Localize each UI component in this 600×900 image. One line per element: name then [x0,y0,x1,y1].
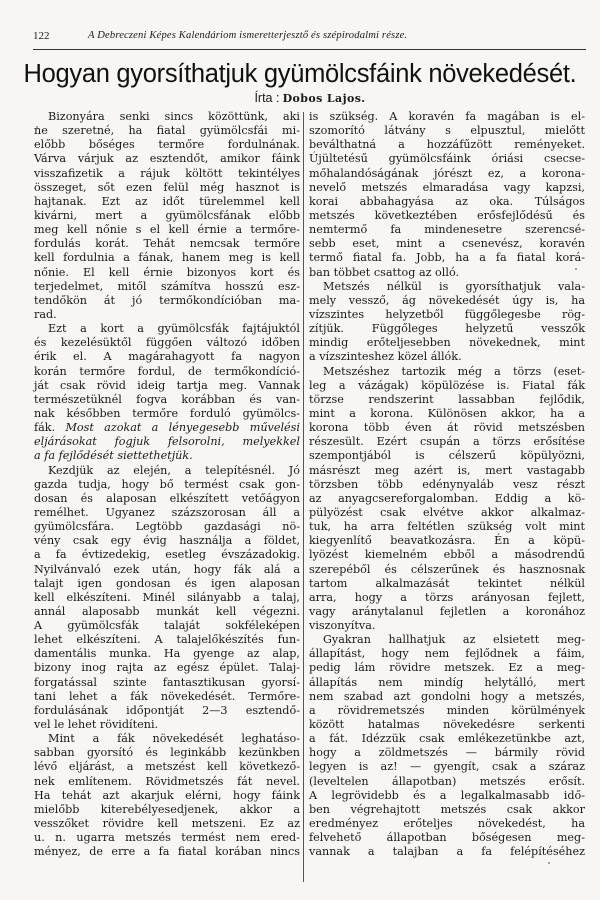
text-run: sabban gyorsító és leginkább kezünkben [34,746,300,759]
text-line: tani lehet a fák növekedését. Termőre- [34,690,300,704]
column-divider [303,112,304,882]
text-line: legyen is az! — gyengít, csak a száraz [309,760,585,774]
text-line: termő fiatal fa. Jobb, ha a fa fiatal ko… [309,251,585,265]
text-line: törzsben több edénynyaláb vesz részt [309,478,585,492]
text-line: korona több éven át rövid metszésben [309,421,585,435]
text-run: fordulás korát. Tehát nemcsak termőre [34,237,300,250]
text-line: nemtermő fa mindenesetre szerencsé- [309,223,585,237]
text-line: ményez, de erre a fa fiatal korában ninc… [34,845,300,859]
text-run: fák. [34,421,65,434]
text-line: is szükség. A koravén fa magában is el- [309,110,585,124]
italic-text-run: Most azokat a lényegesebb művelési [65,421,300,434]
text-run: is szükség. A koravén fa magában is el- [309,110,585,123]
text-run: ne szeretné, ha fiatal gyümölcsfái mi- [34,124,300,137]
text-line: talajt igen gondosan és igen alaposan [34,577,300,591]
text-line: felvehető állapotban bőségesen meg- [309,831,585,845]
text-run: gyümölcsfára. Legtöbb gazdasági nö- [34,520,300,533]
text-run: pülyözést csak elvétve akkor alkalmaz- [309,506,585,519]
text-line: Bizonyára senki sincs közöttünk, aki [34,110,300,124]
text-run: nevelő metszés elmaradása vagy kapzsi, [309,181,585,194]
text-run: a vízszinteshez közel állók. [309,350,462,363]
text-run: lehet elkészíteni. A talajelőkészítés fu… [34,633,300,646]
text-line: lyözést kiemelném ebből a másodrendű [309,548,585,562]
text-line: mint a korona. Különösen akkor, ha a [309,407,585,421]
text-run: remélhet. Ugyanez százszorosan áll a [34,506,300,519]
text-run: u. n. ugarra metszés termést nem ered- [34,831,300,844]
text-run: szempontjából is célszerű köpülyözni, [309,449,585,462]
text-run: Metszéshez tartozik még a törzs (eset- [323,365,585,378]
text-run: tuk, ha arra feltétlen szükség volt mint [309,520,585,533]
text-run: ményez, de erre a fa fiatal korában ninc… [34,845,300,858]
text-line: Nyilvánvaló ezek után, hogy fák alá a [34,563,300,577]
text-line: vagy aránytalanul fejletlen a koronához [309,605,585,619]
text-line: Metszés nélkül is gyorsíthatjuk vala- [309,280,585,294]
text-run: természetüknél fogva korábban és van- [34,393,300,406]
text-run: eredményez erőteljes növekedést, ha [309,817,585,830]
text-run: Ha tehát azt akarjuk elérni, hogy fáink [34,789,300,802]
text-run: gazda tudja, hogy bő termést csak gon- [34,478,300,491]
text-run: dosan és alaposan elkészített vetőágyon [34,492,300,505]
text-run: Gyakran hallhatjuk az elsietett meg- [323,633,585,646]
text-line: ját csak rövid ideig tartja meg. Vannak [34,379,300,393]
text-run: termő fiatal fa. Jobb, ha a fa fiatal ko… [309,251,585,264]
text-line: forgatással szinte fantasztikusan gyorsí… [34,676,300,690]
byline: Írta : Dobos Lajos. [0,91,600,106]
text-line: damentális munka. Ha gyenge az alap, [34,647,300,661]
text-line: fordulásának időpontját 2—3 esztendő- [34,704,300,718]
text-run: meg kell nőnie s el kell érnie a termőre… [34,223,300,236]
text-line: viszonyítva. [309,619,585,633]
text-run: Mint a fák növekedését leghatáso- [48,732,300,745]
text-line: a fa fejlődését siettethetjük. [34,449,300,463]
text-run: terjedelmet, mitől számítva hosszú esz- [34,280,300,293]
text-run: nőnie. El kell érnie bizonyos kort és [34,266,300,279]
text-line: (leveltelen állapotban) metszés erősít. [309,775,585,789]
text-run: arra, hogy a törzs arányosan fejlett, [309,591,585,604]
text-line: mely vessző, ág növekedését úgy is, ha [309,294,585,308]
text-line: törzse rendszerint lassabban fejlődik, [309,393,585,407]
text-run: szerepéből és célszerűnek és hasznosnak [309,563,585,576]
text-run: vagy aránytalanul fejletlen a koronához [309,605,585,618]
text-line: u. n. ugarra metszés termést nem ered- [34,831,300,845]
text-line: másrészt meg azért is, mert vastagabb [309,464,585,478]
text-run: leg a vázágak) köpülözése is. Fiatal fák [309,379,585,392]
text-run: bizony inog rajta az egész épület. Talaj… [34,661,300,674]
text-line: eljárásokat fogjuk felsorolni, melyekkel [34,435,300,449]
text-line: nőnie. El kell érnie bizonyos kort és [34,266,300,280]
text-run: damentális munka. Ha gyenge az alap, [34,647,300,660]
italic-text-run: eljárásokat fogjuk felsorolni, melyekkel [34,435,300,448]
text-line: állapítást, hogy nem fejlődnek a fáim, [309,647,585,661]
text-run: törzse rendszerint lassabban fejlődik, [309,393,585,406]
print-speck [575,268,577,270]
text-line: ban többet csattog az olló. [309,266,585,280]
text-run: (leveltelen állapotban) metszés erősít. [309,775,585,788]
text-line: terjedelmet, mitől számítva hosszú esz- [34,280,300,294]
text-run: kell elkészíteni. Minél silányabb a tala… [34,591,300,604]
text-line: Újültetésű gyümölcsfáink óriási csecse- [309,152,585,166]
text-line: mielőbb kiterebélyesedjenek, akkor a [34,803,300,817]
text-run: és kezelésüktől függően változó időben [34,336,300,349]
text-line: sebb eset, mint a csenevész, koravén [309,237,585,251]
text-run: A gyümölcsfák talaját sokféleképen [34,619,300,632]
text-run: nemtermő fa mindenesetre szerencsé- [309,223,585,236]
text-line: természetüknél fogva korábban és van- [34,393,300,407]
text-line: tartom alkalmazását tekintet nélkül [309,577,585,591]
text-run: viszonyítva. [309,619,375,632]
text-run: Újültetésű gyümölcsfáink óriási csecse- [309,152,585,165]
text-line: a fát. Idézzük csak emlékezetünkbe azt, [309,732,585,746]
text-line: rad. [34,308,300,322]
text-run: Kezdjük az elején, a telepítésnél. Jó [48,464,300,477]
text-line: metszés következtében erősfejlődésű és [309,209,585,223]
text-run: pedig lám rövidre metszek. Ez a meg- [309,661,585,674]
text-run: Várva várjuk az esztendőt, amikor fáink [34,152,300,165]
text-line: részesült. Ezért csupán a törzs erősítés… [309,435,585,449]
text-run: tani lehet a fák növekedését. Termőre- [34,690,300,703]
text-line: előbb bőséges termőre fordulnának. [34,138,300,152]
article-title: Hogyan gyorsíthatjuk gyümölcsfáink növek… [0,60,600,89]
text-run: vel le lehet rövidíteni. [34,718,158,731]
text-run: kiegyenlítő beavatkozásra. Én a köpü- [309,534,585,547]
text-line: pülyözést csak elvétve akkor alkalmaz- [309,506,585,520]
text-line: Ha tehát azt akarjuk elérni, hogy fáink [34,789,300,803]
text-line: korán termőre fordul, de termőkondíció- [34,365,300,379]
text-line: nek említenem. Rövidmetszés fát nevel. [34,775,300,789]
text-run: nak későbben termőre forduló gyümölcs- [34,407,300,420]
text-run: korai abbahagyása az oka. Túlságos [309,195,585,208]
text-line: tuk, ha arra feltétlen szükség volt mint [309,520,585,534]
text-line: hajtanak. Ezt az időt türelemmel kell [34,195,300,209]
text-run: rad. [34,308,57,321]
text-line: nak későbben termőre forduló gyümölcs- [34,407,300,421]
text-line: zítjük. Függőleges helyzetű vesszők [309,322,585,336]
text-line: a vízszinteshez közel állók. [309,350,585,364]
text-run: a rövidremetszés minden körülmények [309,704,585,717]
text-line: szomorító látvány s elpusztul, mielőtt [309,124,585,138]
text-line: hogy a zöldmetszés — bármily rövid [309,746,585,760]
text-line: szempontjából is célszerű köpülyözni, [309,449,585,463]
print-speck [548,862,550,864]
running-header: 122 A Debreczeni Képes Kalendáriom ismer… [33,30,586,50]
text-run: zítjük. Függőleges helyzetű vesszők [309,322,585,335]
text-run: részesült. Ezért csupán a törzs erősítés… [309,435,585,448]
byline-label: Írta : [254,91,279,105]
page-number: 122 [33,30,50,42]
text-line: fordulás korát. Tehát nemcsak termőre [34,237,300,251]
text-line: arra, hogy a törzs arányosan fejlett, [309,591,585,605]
text-line: tendőkön át jó termőkondícióban ma- [34,294,300,308]
text-line: vesszőket rövidre kell metszeni. Ez az [34,817,300,831]
text-line: beválthatná a hozzáfűzött reményeket. [309,138,585,152]
text-line: annál alaposabb munkát kell végezni. [34,605,300,619]
text-run: fordulásának időpontját 2—3 esztendő- [34,704,300,717]
text-run: vannak a talajban a fa felépítéséhez [309,845,585,858]
text-line: gyümölcsfára. Legtöbb gazdasági nö- [34,520,300,534]
text-line: a rövidremetszés minden körülmények [309,704,585,718]
text-line: kiegyenlítő beavatkozásra. Én a köpü- [309,534,585,548]
text-line: ne szeretné, ha fiatal gyümölcsfái mi- [34,124,300,138]
text-line: kivárni, mert a gyümölcsfának előbb [34,209,300,223]
text-run: hajtanak. Ezt az időt türelemmel kell [34,195,300,208]
text-run: talajt igen gondosan és igen alaposan [34,577,300,590]
text-line: és kezelésüktől függően változó időben [34,336,300,350]
text-line: sabban gyorsító és leginkább kezünkben [34,746,300,760]
italic-text-run: a fa fejlődését siettethetjük. [34,449,193,462]
text-line: Várva várjuk az esztendőt, amikor fáink [34,152,300,166]
text-run: beválthatná a hozzáfűzött reményeket. [309,138,585,151]
text-run: nek említenem. Rövidmetszés fát nevel. [34,775,300,788]
text-line: visszafizetik a rájuk költött tekintélye… [34,167,300,181]
text-run: lyözést kiemelném ebből a másodrendű [309,548,585,561]
text-run: a fát. Idézzük csak emlékezetünkbe azt, [309,732,585,745]
document-page: 122 A Debreczeni Képes Kalendáriom ismer… [0,0,600,900]
text-line: meg kell nőnie s el kell érnie a termőre… [34,223,300,237]
print-speck [36,126,38,128]
text-run: szomorító látvány s elpusztul, mielőtt [309,124,585,137]
text-run: mely vessző, ág növekedését úgy is, ha [309,294,585,307]
text-line: lehet elkészíteni. A talajelőkészítés fu… [34,633,300,647]
text-line: vel le lehet rövidíteni. [34,718,300,732]
text-run: az anyagcsereforgalomban. Eddig a kö- [309,492,585,505]
text-run: Ezt a kort a gyümölcsfák fajtájuktól [48,322,300,335]
text-line: vízszintes helyzetből függőlegesbe rög- [309,308,585,322]
text-run: a fa évtizedekig, esetleg évszázadokig. [34,548,300,561]
text-run: között hatalmas növekedésre serkenti [309,718,585,731]
text-line: Mint a fák növekedését leghatáso- [34,732,300,746]
text-line: a fa évtizedekig, esetleg évszázadokig. [34,548,300,562]
text-run: mint a korona. Különösen akkor, ha a [309,407,585,420]
text-line: eredményez erőteljes növekedést, ha [309,817,585,831]
text-line: pedig lám rövidre metszek. Ez a meg- [309,661,585,675]
text-run: mielőbb kiterebélyesedjenek, akkor a [34,803,300,816]
text-run: felvehető állapotban bőségesen meg- [309,831,585,844]
text-line: Kezdjük az elején, a telepítésnél. Jó [34,464,300,478]
text-run: metszés következtében erősfejlődésű és [309,209,585,222]
text-run: ban többet csattog az olló. [309,266,459,279]
text-line: szerepéből és célszerűnek és hasznosnak [309,563,585,577]
text-run: hogy a zöldmetszés — bármily rövid [309,746,585,759]
text-run: állapítást, hogy nem fejlődnek a fáim, [309,647,585,660]
text-line: gazda tudja, hogy bő termést csak gon- [34,478,300,492]
text-run: összeget, sőt ezen felül még hasznot is [34,181,300,194]
text-line: az anyagcsereforgalomban. Eddig a kö- [309,492,585,506]
text-line: lévő eljárást, a metszést kell következő… [34,760,300,774]
text-run: forgatással szinte fantasztikusan gyorsí… [34,676,300,689]
text-run: Metszés nélkül is gyorsíthatjuk vala- [323,280,585,293]
text-run: vesszőket rövidre kell metszeni. Ez az [34,817,300,830]
text-run: lévő eljárást, a metszést kell következő… [34,760,300,773]
text-line: mőhalandóságának jórészt ez, a korona- [309,167,585,181]
text-line: nem szabad azt gondolni hogy a metszés, [309,690,585,704]
left-column: Bizonyára senki sincs közöttünk, akine s… [34,110,300,859]
text-run: kell fordulnia a fának, hanem meg is kel… [34,251,300,264]
text-run: előbb bőséges termőre fordulnának. [34,138,300,151]
text-run: visszafizetik a rájuk költött tekintélye… [34,167,300,180]
text-run: Bizonyára senki sincs közöttünk, aki [48,110,300,123]
text-run: annál alaposabb munkát kell végezni. [34,605,300,618]
text-line: ben végrehajtott metszés csak akkor [309,803,585,817]
text-line: korai abbahagyása az oka. Túlságos [309,195,585,209]
text-run: vény csak egy évig használja a földet, [34,534,300,547]
text-line: összeget, sőt ezen felül még hasznot is [34,181,300,195]
running-title: A Debreczeni Képes Kalendáriom ismerette… [88,30,407,41]
text-run: vízszintes helyzetből függőlegesbe rög- [309,308,585,321]
text-line: dosan és alaposan elkészített vetőágyon [34,492,300,506]
text-line: érik el. A magárahagyott fa nagyon [34,350,300,364]
text-run: mindig erőteljesebben növekednek, mint [309,336,585,349]
text-line: leg a vázágak) köpülözése is. Fiatal fák [309,379,585,393]
text-run: állapítás nem mindíg helytálló, mert [309,676,585,689]
text-run: ját csak rövid ideig tartja meg. Vannak [34,379,300,392]
text-run: kivárni, mert a gyümölcsfának előbb [34,209,300,222]
text-run: korán termőre fordul, de termőkondíció- [34,365,300,378]
text-run: törzsben több edénynyaláb vesz részt [309,478,585,491]
text-line: fák. Most azokat a lényegesebb művelési [34,421,300,435]
text-run: mőhalandóságának jórészt ez, a korona- [309,167,585,180]
text-line: nevelő metszés elmaradása vagy kapzsi, [309,181,585,195]
text-line: állapítás nem mindíg helytálló, mert [309,676,585,690]
text-run: másrészt meg azért is, mert vastagabb [309,464,585,477]
text-line: Gyakran hallhatjuk az elsietett meg- [309,633,585,647]
text-run: érik el. A magárahagyott fa nagyon [34,350,300,363]
text-line: kell elkészíteni. Minél silányabb a tala… [34,591,300,605]
text-line: kell fordulnia a fának, hanem meg is kel… [34,251,300,265]
text-line: A legrövidebb és a legalkalmasabb idő- [309,789,585,803]
right-column: is szükség. A koravén fa magában is el-s… [309,110,585,859]
text-line: Ezt a kort a gyümölcsfák fajtájuktól [34,322,300,336]
text-run: nem szabad azt gondolni hogy a metszés, [309,690,585,703]
text-line: mindig erőteljesebben növekednek, mint [309,336,585,350]
text-run: tartom alkalmazását tekintet nélkül [309,577,585,590]
text-line: Metszéshez tartozik még a törzs (eset- [309,365,585,379]
text-line: között hatalmas növekedésre serkenti [309,718,585,732]
text-line: remélhet. Ugyanez százszorosan áll a [34,506,300,520]
text-line: vény csak egy évig használja a földet, [34,534,300,548]
text-run: ben végrehajtott metszés csak akkor [309,803,585,816]
text-line: bizony inog rajta az egész épület. Talaj… [34,661,300,675]
text-run: Nyilvánvaló ezek után, hogy fák alá a [34,563,300,576]
author-name: Dobos Lajos. [283,92,366,105]
text-line: A gyümölcsfák talaját sokféleképen [34,619,300,633]
text-run: korona több éven át rövid metszésben [309,421,585,434]
text-line: vannak a talajban a fa felépítéséhez [309,845,585,859]
text-run: A legrövidebb és a legalkalmasabb idő- [309,789,585,802]
text-run: legyen is az! — gyengít, csak a száraz [309,760,585,773]
text-run: sebb eset, mint a csenevész, koravén [309,237,585,250]
text-run: tendőkön át jó termőkondícióban ma- [34,294,300,307]
